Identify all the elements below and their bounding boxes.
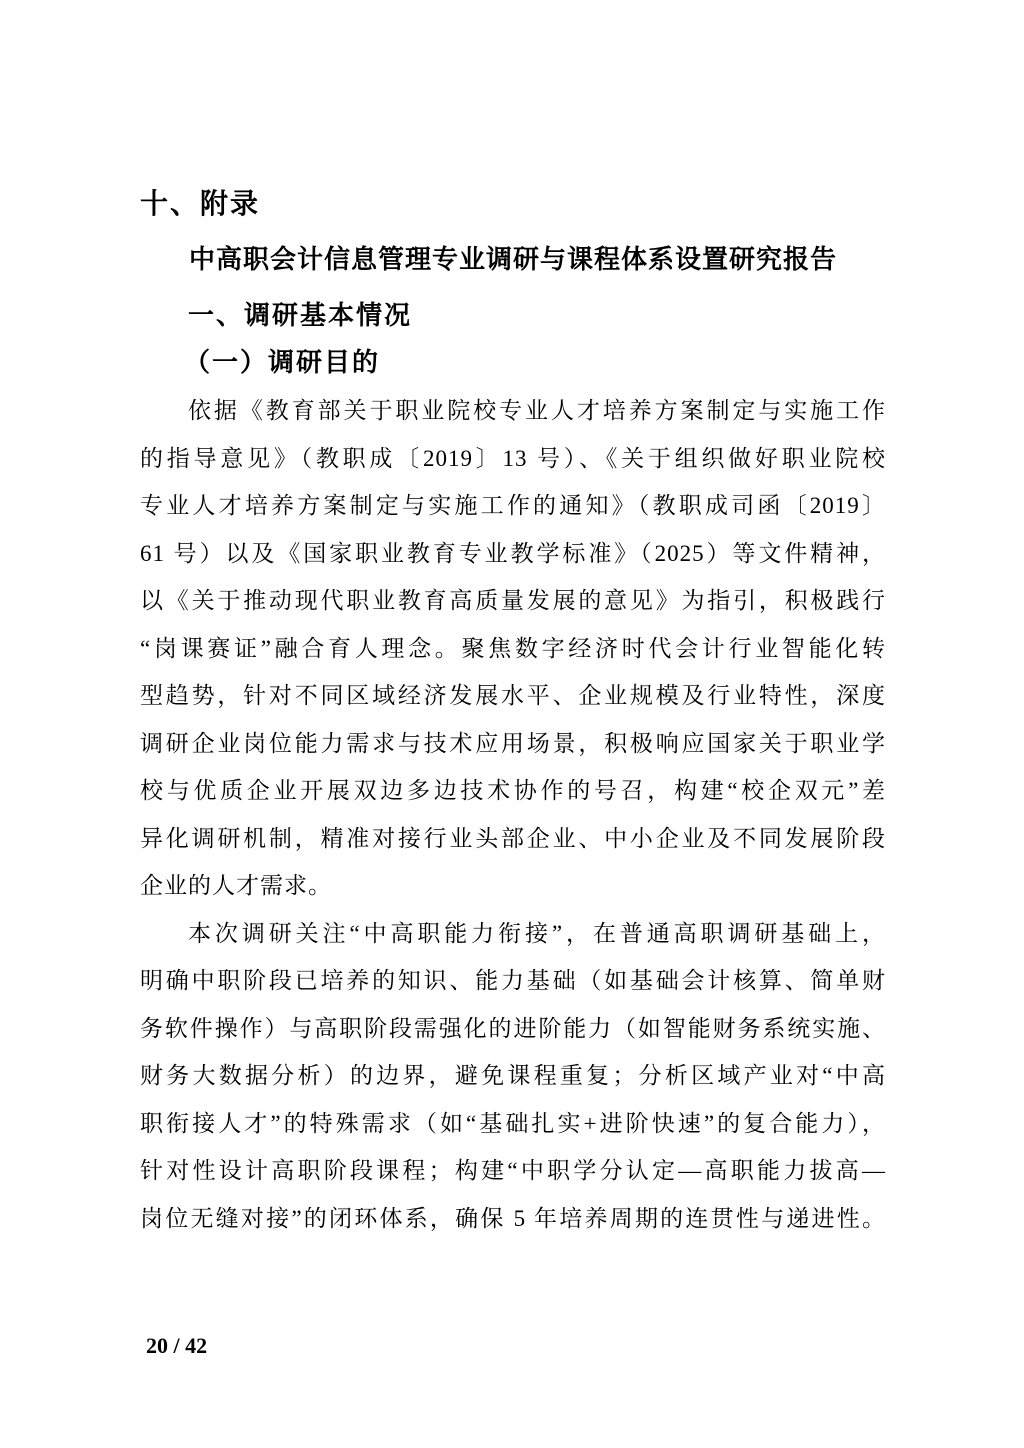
text-line: 明确中职阶段已培养的知识、能力基础（如基础会计核算、简单财 [140,957,886,1005]
text-line: 本次调研关注“中高职能力衔接”，在普通高职调研基础上， [140,910,886,958]
text-line: 岗位无缝对接”的闭环体系，确保 5 年培养周期的连贯性与递进性。 [140,1195,886,1243]
text-line: 专业人才培养方案制定与实施工作的通知》（教职成司函〔2019〕 [140,482,886,530]
text-line: 以《关于推动现代职业教育高质量发展的意见》为指引，积极践行 [140,577,886,625]
text-line: 异化调研机制，精准对接行业头部企业、中小企业及不同发展阶段 [140,815,886,863]
page-number: 20 / 42 [146,1332,207,1360]
text-line: 校与优质企业开展双边多边技术协作的号召，构建“校企双元”差 [140,767,886,815]
document-page: 十、附录 中高职会计信息管理专业调研与课程体系设置研究报告 一、调研基本情况 （… [0,0,1024,1448]
document-content: 十、附录 中高职会计信息管理专业调研与课程体系设置研究报告 一、调研基本情况 （… [140,0,886,1242]
paragraph: 依据《教育部关于职业院校专业人才培养方案制定与实施工作的指导意见》（教职成〔20… [140,387,886,910]
text-line: 职衔接人才”的特殊需求（如“基础扎实+进阶快速”的复合能力）， [140,1100,886,1148]
text-line: 针对性设计高职阶段课程；构建“中职学分认定—高职能力拔高— [140,1147,886,1195]
text-line: 依据《教育部关于职业院校专业人才培养方案制定与实施工作 [140,387,886,435]
appendix-heading: 十、附录 [140,186,886,222]
text-line: 型趋势，针对不同区域经济发展水平、企业规模及行业特性，深度 [140,672,886,720]
text-line: 务软件操作）与高职阶段需强化的进阶能力（如智能财务系统实施、 [140,1005,886,1053]
text-line: “岗课赛证”融合育人理念。聚焦数字经济时代会计行业智能化转 [140,625,886,673]
report-title: 中高职会计信息管理专业调研与课程体系设置研究报告 [140,241,886,277]
text-line: 调研企业岗位能力需求与技术应用场景，积极响应国家关于职业学 [140,720,886,768]
text-line: 的指导意见》（教职成〔2019〕13 号）、《关于组织做好职业院校 [140,435,886,483]
paragraph: 本次调研关注“中高职能力衔接”，在普通高职调研基础上，明确中职阶段已培养的知识、… [140,910,886,1243]
text-line: 企业的人才需求。 [140,862,886,910]
text-line: 财务大数据分析）的边界，避免课程重复；分析区域产业对“中高 [140,1052,886,1100]
section-heading-survey-basics: 一、调研基本情况 [140,298,886,334]
document-body: 依据《教育部关于职业院校专业人才培养方案制定与实施工作的指导意见》（教职成〔20… [140,387,886,1242]
subsection-heading-survey-purpose: （一）调研目的 [140,345,886,381]
text-line: 61 号）以及《国家职业教育专业教学标准》（2025）等文件精神， [140,530,886,578]
